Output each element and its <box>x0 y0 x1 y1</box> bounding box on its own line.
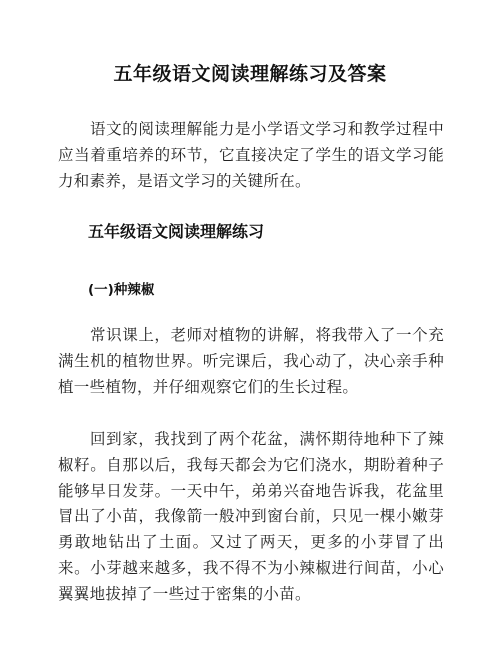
subsection-heading: (一)种辣椒 <box>88 279 154 301</box>
section-heading: 五年级语文阅读理解练习 <box>88 220 264 244</box>
intro-paragraph: 语文的阅读理解能力是小学语文学习和教学过程中应当着重培养的环节，它直接决定了学生… <box>58 117 444 194</box>
body-paragraph-2: 回到家，我找到了两个花盆，满怀期待地种下了辣椒籽。自那以后，我每天都会为它们浇水… <box>58 427 444 608</box>
document-title: 五年级语文阅读理解练习及答案 <box>0 60 500 88</box>
body-paragraph-1: 常识课上，老师对植物的讲解，将我带入了一个充满生机的植物世界。听完课后，我心动了… <box>58 323 444 400</box>
document-page: 五年级语文阅读理解练习及答案 语文的阅读理解能力是小学语文学习和教学过程中应当着… <box>0 0 500 647</box>
